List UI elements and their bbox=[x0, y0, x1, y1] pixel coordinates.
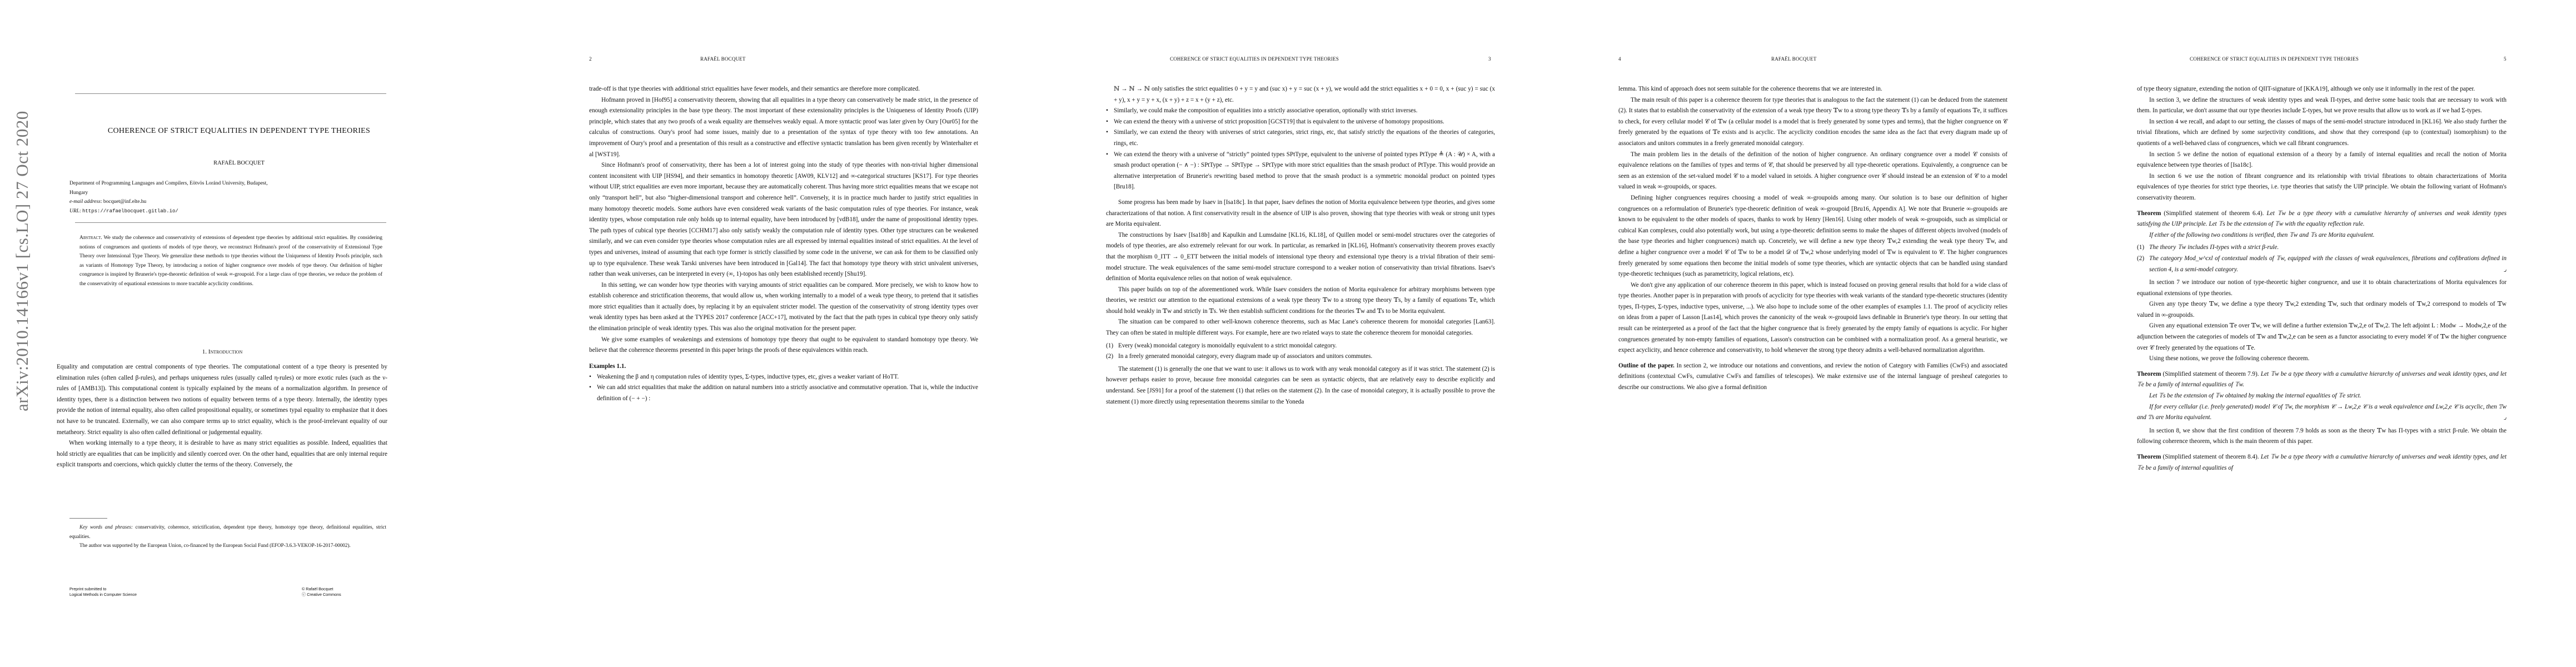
page-number: 4 bbox=[1618, 56, 1621, 62]
theorem-conditions-list: (1)The theory 𝕋w includes Π-types with a… bbox=[2137, 242, 2507, 275]
list-item: We can extend the theory with a universe… bbox=[1106, 117, 1495, 128]
page-number: 3 bbox=[1488, 56, 1491, 62]
cc-license: ⓒ Creative Commons bbox=[302, 592, 341, 598]
page-body: trade-off is that type theories with add… bbox=[589, 84, 978, 405]
theorem-label: Theorem bbox=[2137, 454, 2161, 460]
paragraph: When working internally to a type theory… bbox=[57, 438, 387, 471]
outline-heading: Outline of the paper. bbox=[1618, 362, 1675, 369]
paragraph: The main result of this paper is a coher… bbox=[1618, 95, 2007, 150]
arxiv-stamp: arXiv:2010.14166v1 [cs.LO] 27 Oct 2020 bbox=[12, 111, 32, 411]
paragraph: We don't give any application of our coh… bbox=[1618, 280, 2007, 356]
email-address[interactable]: bocquet@inf.elte.hu bbox=[103, 199, 146, 205]
paragraph: The constructions by Isaev [Isa18b] and … bbox=[1106, 230, 1495, 285]
funding-note: The author was supported by the European… bbox=[69, 541, 386, 550]
paragraph: In section 5 we define the notion of equ… bbox=[2137, 150, 2507, 171]
paragraph: Defining higher congruences requires cho… bbox=[1618, 193, 2007, 280]
theorem-ref: (Simplified statement of theorem 6.4). bbox=[2164, 210, 2264, 217]
theorem-ref: (Simplified statement of theorem 8.4). bbox=[2163, 454, 2259, 460]
affiliation-line: Department of Programming Languages and … bbox=[69, 179, 381, 188]
abstract: Abstract. We study the coherence and con… bbox=[79, 233, 382, 289]
list-item: Similarly, we can extend the theory with… bbox=[1106, 127, 1495, 149]
footnotes: Key words and phrases: conservativity, c… bbox=[69, 522, 386, 550]
creative-commons-icon: ⓒ bbox=[302, 592, 307, 597]
page-5: COHERENCE OF STRICT EQUALITIES IN DEPEND… bbox=[2134, 0, 2523, 667]
running-head: COHERENCE OF STRICT EQUALITIES IN DEPEND… bbox=[2190, 56, 2359, 62]
page-body: of type theory signature, extending the … bbox=[2137, 84, 2507, 476]
page-2: 2 RAFAËL BOCQUET trade-off is that type … bbox=[589, 0, 978, 667]
paragraph: Using these notions, we prove the follow… bbox=[2137, 354, 2507, 365]
examples-heading: Examples 1.1. bbox=[589, 361, 978, 372]
outline-paragraph: Outline of the paper. In section 2, we i… bbox=[1618, 361, 2007, 394]
email-line: e-mail address: bocquet@inf.elte.hu bbox=[69, 197, 381, 207]
theorem-label: Theorem bbox=[2137, 371, 2161, 377]
page-number: 5 bbox=[2504, 56, 2507, 62]
statement-list: (1)Every (weak) monoidal category is mon… bbox=[1106, 341, 1495, 362]
section-heading-introduction: 1. Introduction bbox=[56, 349, 389, 355]
paper-title: COHERENCE OF STRICT EQUALITIES IN DEPEND… bbox=[94, 125, 383, 137]
paragraph: In section 4 we recall, and adapt to our… bbox=[2137, 117, 2507, 150]
paragraph: In this setting, we can wonder how type … bbox=[589, 280, 978, 335]
end-of-theorem-mark: ⌟ bbox=[2492, 412, 2507, 424]
theorem-ref: (Simplified statement of theorem 7.9). bbox=[2163, 371, 2259, 377]
paragraph: Some progress has been made by Isaev in … bbox=[1106, 197, 1495, 230]
paragraph: Equality and computation are central com… bbox=[57, 362, 387, 438]
list-item: (1)The theory 𝕋w includes Π-types with a… bbox=[2137, 242, 2507, 253]
theorem-8-4: Theorem (Simplified statement of theorem… bbox=[2137, 452, 2507, 474]
examples-list: Weakening the β and η computation rules … bbox=[589, 372, 978, 405]
list-item-continuation: ℕ → ℕ → ℕ only satisfies the strict equa… bbox=[1106, 84, 1495, 106]
footnote-rule bbox=[69, 518, 107, 519]
theorem-label: Theorem bbox=[2137, 210, 2161, 217]
paragraph: The statement (1) is generally the one t… bbox=[1106, 364, 1495, 407]
paragraph: of type theory signature, extending the … bbox=[2137, 84, 2507, 95]
page-3: COHERENCE OF STRICT EQUALITIES IN DEPEND… bbox=[1106, 0, 1495, 667]
abstract-text: We study the coherence and conservativit… bbox=[79, 235, 382, 287]
paragraph: In section 3, we define the structures o… bbox=[2137, 95, 2507, 117]
paragraph: In section 7 we introduce our notion of … bbox=[2137, 277, 2507, 299]
license-notice: © Rafaël Bocquet ⓒ Creative Commons bbox=[302, 586, 341, 598]
list-item: (1)Every (weak) monoidal category is mon… bbox=[1106, 341, 1495, 352]
page-4: 4 RAFAËL BOCQUET lemma. This kind of app… bbox=[1618, 0, 2007, 667]
keywords: Key words and phrases: conservativity, c… bbox=[69, 522, 386, 541]
paragraph: Hofmann proved in [Hof95] a conservativi… bbox=[589, 95, 978, 161]
list-item: Similarly, we could make the composition… bbox=[1106, 106, 1495, 117]
paragraph: In section 6 we use the notion of fibran… bbox=[2137, 171, 2507, 204]
examples-list: Similarly, we could make the composition… bbox=[1106, 106, 1495, 193]
page-body: lemma. This kind of approach does not se… bbox=[1618, 84, 2007, 394]
paragraph: The situation can be compared to other w… bbox=[1106, 317, 1495, 339]
paragraph: The main problem lies in the details of … bbox=[1618, 150, 2007, 193]
paragraph: In section 8, we show that the first con… bbox=[2137, 426, 2507, 447]
abstract-label: Abstract. bbox=[79, 235, 102, 241]
url-line: URL: https://rafaelbocquet.gitlab.io/ bbox=[69, 207, 381, 216]
page-1: arXiv:2010.14166v1 [cs.LO] 27 Oct 2020 C… bbox=[0, 0, 517, 667]
page-number: 2 bbox=[589, 56, 592, 62]
paragraph: Given any type theory 𝕋w, we define a ty… bbox=[2137, 299, 2507, 321]
running-head: RAFAËL BOCQUET bbox=[1771, 56, 1817, 62]
abstract-rule bbox=[75, 222, 386, 223]
paragraph: Given any equational extension 𝕋e over 𝕋… bbox=[2137, 321, 2507, 354]
paragraph: This paper builds on top of the aforemen… bbox=[1106, 285, 1495, 317]
theorem-7-9: Theorem (Simplified statement of theorem… bbox=[2137, 369, 2507, 424]
affiliation-block: Department of Programming Languages and … bbox=[69, 179, 381, 216]
paragraph: trade-off is that type theories with add… bbox=[589, 84, 978, 95]
affiliation-country: Hungary bbox=[69, 188, 381, 198]
list-item: We can extend the theory with a universe… bbox=[1106, 150, 1495, 193]
list-item: Weakening the β and η computation rules … bbox=[589, 372, 978, 383]
end-of-theorem-mark: ⌟ bbox=[2504, 265, 2507, 276]
paragraph: We give some examples of weakenings and … bbox=[589, 335, 978, 356]
running-head: COHERENCE OF STRICT EQUALITIES IN DEPEND… bbox=[1170, 56, 1339, 62]
list-item: (2)In a freely generated monoidal catego… bbox=[1106, 351, 1495, 362]
theorem-6-4: Theorem (Simplified statement of theorem… bbox=[2137, 208, 2507, 276]
list-item: We can add strict equalities that make t… bbox=[589, 382, 978, 404]
paragraph: Since Hofmann's proof of conservativity,… bbox=[589, 160, 978, 280]
introduction-body: Equality and computation are central com… bbox=[57, 362, 387, 471]
page-body: ℕ → ℕ → ℕ only satisfies the strict equa… bbox=[1106, 84, 1495, 407]
copyright: © Rafaël Bocquet bbox=[302, 586, 341, 592]
list-item: (2)The category Mod_w^cxl of contextual … bbox=[2137, 253, 2507, 275]
paragraph: lemma. This kind of approach does not se… bbox=[1618, 84, 2007, 95]
author-url-link[interactable]: https://rafaelbocquet.gitlab.io/ bbox=[82, 208, 178, 214]
preprint-notice: Preprint submitted to Logical Methods in… bbox=[69, 586, 137, 598]
theorem-condition: If either of the following two condition… bbox=[2137, 230, 2507, 241]
author-name: RAFAËL BOCQUET bbox=[94, 160, 383, 166]
header-rule bbox=[75, 93, 386, 94]
running-head: RAFAËL BOCQUET bbox=[700, 56, 746, 62]
